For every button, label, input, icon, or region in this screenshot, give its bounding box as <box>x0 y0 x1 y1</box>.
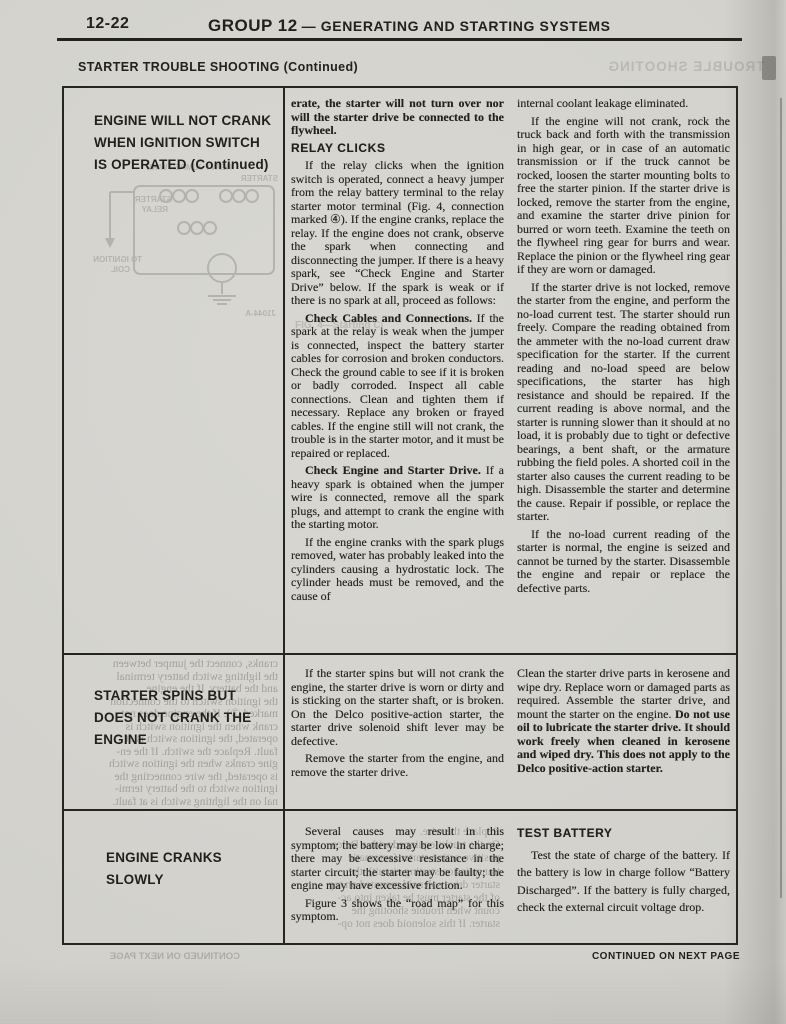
paragraph: Clean the starter drive parts in kerosen… <box>517 667 730 775</box>
header-rule <box>57 38 742 41</box>
paragraph: Check Engine and Starter Drive. If a hea… <box>291 464 504 532</box>
row1-right-column: internal coolant leakage eliminated. If … <box>517 97 730 653</box>
row1-middle-column: erate, the starter will not turn over no… <box>291 97 504 653</box>
row2-right-column: Clean the starter drive parts in kerosen… <box>517 667 730 809</box>
row3-middle-column: Several causes may result in this sympto… <box>291 825 504 943</box>
symptom-engine-will-not-crank: ENGINE WILL NOT CRANK WHEN IGNITION SWIT… <box>64 88 283 653</box>
page-edge-shadow <box>780 98 782 898</box>
paragraph-lead: Check Cables and Connections. <box>305 311 472 325</box>
paragraph: If the no-load current reading of the st… <box>517 528 730 596</box>
continuation-paragraph: internal coolant leakage eliminated. <box>517 97 730 111</box>
row1-content: erate, the starter will not turn over no… <box>285 88 738 653</box>
row2-content: If the starter spins but will not crank … <box>285 655 738 809</box>
paragraph: If the relay clicks when the ignition sw… <box>291 159 504 308</box>
paragraph: Check Cables and Connections. If the spa… <box>291 312 504 461</box>
paragraph-lead: Check Engine and Starter Drive. <box>305 463 481 477</box>
symptom-engine-cranks-slowly: ENGINE CRANKS SLOWLY <box>64 811 283 943</box>
paragraph: If the engine will not crank, rock the t… <box>517 115 730 277</box>
paragraph: Test the state of charge of the battery.… <box>517 847 730 917</box>
section-heading: STARTER TROUBLE SHOOTING (Continued) <box>78 60 358 74</box>
manual-page-scan: TROUBLE SHOOTING HEAVY JUMPER WIRE START… <box>0 0 786 1024</box>
subheading-relay-clicks: RELAY CLICKS <box>291 142 504 156</box>
paragraph: Remove the starter from the engine, and … <box>291 752 504 779</box>
group-title: — GENERATING AND STARTING SYSTEMS <box>302 18 611 34</box>
ghost-continued-note: CONTINUED ON NEXT PAGE <box>75 951 240 962</box>
paragraph: Figure 3 shows the “road map” for this s… <box>291 897 504 924</box>
trouble-shooting-table: ENGINE WILL NOT CRANK WHEN IGNITION SWIT… <box>62 86 738 945</box>
paragraph-body: If the spark at the relay is weak when t… <box>291 311 504 460</box>
symptom-starter-spins: STARTER SPINS BUT DOES NOT CRANK THE ENG… <box>64 655 283 809</box>
continuation-paragraph: erate, the starter will not turn over no… <box>291 97 504 138</box>
row2-middle-column: If the starter spins but will not crank … <box>291 667 504 809</box>
group-label: GROUP 12 <box>208 16 298 35</box>
bleedthrough-trouble-shooting: TROUBLE SHOOTING <box>598 59 774 74</box>
subheading-test-battery: TEST BATTERY <box>517 825 730 843</box>
page-number: 12-22 <box>86 15 129 33</box>
page-edge-ink-mark <box>762 56 776 80</box>
paragraph: If the starter spins but will not crank … <box>291 667 504 748</box>
paragraph: If the engine cranks with the spark plug… <box>291 536 504 604</box>
paragraph: Several causes may result in this sympto… <box>291 825 504 893</box>
paragraph: If the starter drive is not locked, remo… <box>517 281 730 524</box>
row3-content: Several causes may result in this sympto… <box>285 811 738 943</box>
row3-right-column: TEST BATTERY Test the state of charge of… <box>517 825 730 943</box>
continued-on-next-page: CONTINUED ON NEXT PAGE <box>592 951 740 962</box>
page-title: GROUP 12— GENERATING AND STARTING SYSTEM… <box>208 16 611 36</box>
